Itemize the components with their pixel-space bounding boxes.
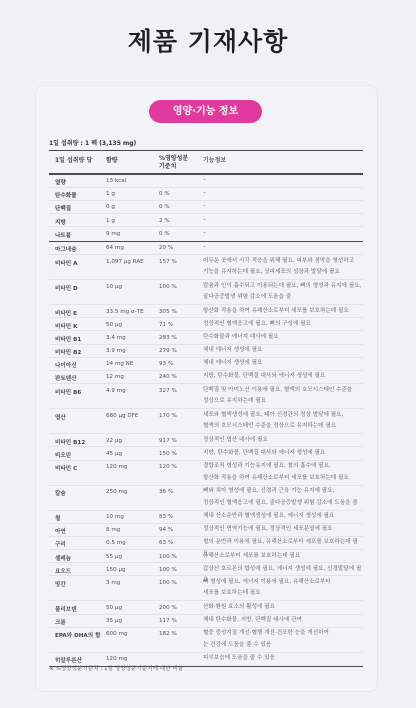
nutrient-amount: 10 μg [106, 284, 159, 290]
nutrient-daily-value: 200 % [159, 605, 203, 611]
nutrient-amount: 1 g [106, 191, 159, 197]
table-row: 비타민 B23.9 mg279 %체내 에너지 생성에 필요 [49, 345, 363, 358]
nutrient-function: 어두운 곳에서 시각 적응을 위해 필요, 피부와 점막을 형성하고기능을 유지… [203, 256, 363, 279]
nutrient-amount: 3.9 mg [106, 348, 159, 354]
nutrient-name: 셀레늄 [49, 554, 106, 562]
nutrient-amount: 33.5 mg α-TE [106, 309, 159, 315]
nutrient-function: 체내 산소운반과 혈액생성에 필요, 에너지 생성에 필요 [203, 511, 363, 523]
nutrient-amount: 13 kcal [106, 178, 159, 184]
nutrient-daily-value: 36 % [159, 489, 203, 495]
table-row: EPA와 DHA의 합600 mg182 %혈중 중성지질 개선·혈행 개선·건… [49, 628, 363, 653]
nutrient-daily-value: 93 % [159, 361, 203, 367]
nutrient-name: 망간 [49, 580, 106, 588]
nutrient-amount: 1,097 μg RAE [106, 259, 159, 265]
nutrient-amount: 50 μg [106, 605, 159, 611]
nutrient-name: 엽산 [49, 413, 106, 421]
table-row: 비타민 A1,097 μg RAE157 %어두운 곳에서 시각 적응을 위해 … [49, 255, 363, 280]
nutrient-amount: 50 μg [106, 322, 159, 328]
table-row: 크롬35 μg117 %체내 탄수화물, 지방, 단백질 대사에 관여 [49, 615, 363, 628]
nutrient-function: 정상적인 엽산 대사에 필요 [203, 435, 363, 447]
nutrient-daily-value: 182 % [159, 631, 203, 637]
table-row: 몰리브덴50 μg200 %산화·환원 효소의 활성에 필요 [49, 601, 363, 614]
nutrient-function: 체내 에너지 생성에 필요 [203, 358, 363, 370]
table-row: 판토텐산12 mg240 %지방, 탄수화물, 단백질 대사와 에너지 생성에 … [49, 371, 363, 384]
nutrient-daily-value: 917 % [159, 438, 203, 444]
nutrient-name: 지방 [49, 218, 106, 226]
nutrient-daily-value: 100 % [159, 554, 203, 560]
nutrient-function: 정상적인 혈액응고에 필요, 뼈의 구성에 필요 [203, 319, 363, 331]
table-row: 철10 mg83 %체내 산소운반과 혈액생성에 필요, 에너지 생성에 필요 [49, 511, 363, 524]
nutrient-daily-value: 283 % [159, 335, 203, 341]
nutrient-amount: 3 mg [106, 580, 159, 586]
nutrient-function: 단백질 및 아미노산 이용에 필요, 혈액의 호모시스테인 수준을정상으로 유지… [203, 385, 363, 408]
nutrient-amount: 55 μg [106, 554, 159, 560]
nutrient-amount: 250 mg [106, 489, 159, 495]
nutrient-name: 칼슘 [49, 489, 106, 497]
footnote: ※ %영양성분기준치 : 1일 영양성분기준치에 대한 비율 [49, 664, 183, 672]
nutrient-name: 나이아신 [49, 361, 106, 369]
nutrient-amount: 10 mg [106, 514, 159, 520]
table-row: 비타민 B1222 μg917 %정상적인 엽산 대사에 필요 [49, 434, 363, 447]
nutrient-function: 지방, 탄수화물, 단백질 대사와 에너지 생성에 필요 [203, 371, 363, 383]
nutrient-daily-value: 0 % [159, 191, 203, 197]
nutrient-function: – [203, 228, 363, 240]
nutrient-function: 항산화 작용을 하여 유해산소로부터 세포를 보호하는데 필요 [203, 306, 363, 318]
nutrient-function: 정상적인 면역기능에 필요, 정상적인 세포분열에 필요 [203, 524, 363, 536]
header-per-serving: 1일 섭취량 당 [49, 155, 106, 173]
nutrient-amount: 4.9 mg [106, 388, 159, 394]
nutrient-function: 혈중 중성지질 개선·혈행 개선·건조한 눈을 개선하여눈 건강에 도움을 줄 … [203, 628, 363, 651]
nutrient-name: 비타민 C [49, 464, 106, 472]
nutrient-name: 비타민 K [49, 322, 106, 330]
nutrient-name: EPA와 DHA의 합 [49, 631, 106, 639]
page-title: 제품 기재사항 [0, 22, 416, 58]
nutrient-name: 판토텐산 [49, 374, 106, 382]
nutrient-name: 아연 [49, 527, 106, 535]
nutrient-amount: 35 μg [106, 618, 159, 624]
nutrient-name: 마그네슘 [49, 245, 106, 253]
nutrient-name: 비타민 B12 [49, 438, 106, 446]
nutrient-amount: 22 μg [106, 438, 159, 444]
nutrient-daily-value: 170 % [159, 413, 203, 419]
nutrient-name: 몰리브덴 [49, 605, 106, 613]
nutrient-name: 비타민 D [49, 284, 106, 292]
table-row: 요오드150 μg100 %갑상선 호르몬의 합성에 필요, 에너지 생성에 필… [49, 563, 363, 576]
nutrient-daily-value: 71 % [159, 322, 203, 328]
nutrient-name: 열량 [49, 178, 106, 186]
table-row: 비오틴45 μg150 %지방, 탄수화물, 단백질 대사와 에너지 생성에 필… [49, 447, 363, 460]
table-row: 비타민 E33.5 mg α-TE305 %항산화 작용을 하여 유해산소로부터… [49, 305, 363, 318]
nutrient-function: – [203, 215, 363, 227]
nutrient-amount: 120 mg [106, 464, 159, 470]
nutrient-amount: 150 μg [106, 567, 159, 573]
nutrient-name: 비오틴 [49, 451, 106, 459]
nutrient-amount: 600 mg [106, 631, 159, 637]
nutrient-function: 산화·환원 효소의 활성에 필요 [203, 602, 363, 614]
nutrient-amount: 12 mg [106, 374, 159, 380]
nutrient-daily-value: 94 % [159, 527, 203, 533]
nutrient-amount: 3.4 mg [106, 335, 159, 341]
nutrient-function: 피부보습에 도움을 줄 수 있음 [203, 653, 363, 665]
nutrient-daily-value: 100 % [159, 567, 203, 573]
table-row: 비타민 D10 μg100 %칼슘과 인이 흡수되고 이용되는데 필요, 뼈의 … [49, 280, 363, 305]
nutrient-name: 철 [49, 514, 106, 522]
nutrient-function: – [203, 242, 363, 254]
section-badge: 영양·기능 정보 [149, 100, 262, 123]
nutrient-name: 비타민 A [49, 259, 106, 267]
nutrient-daily-value: 100 % [159, 580, 203, 586]
nutrient-amount: 64 mg [106, 245, 159, 251]
nutrient-amount: 14 mg NE [106, 361, 159, 367]
nutrient-name: 비타민 B2 [49, 348, 106, 356]
nutrient-amount: 120 mg [106, 656, 159, 662]
nutrient-daily-value: 240 % [159, 374, 203, 380]
table-row: 지방1 g2 %– [49, 214, 363, 227]
nutrient-name: 탄수화물 [49, 191, 106, 199]
nutrient-daily-value: 117 % [159, 618, 203, 624]
nutrient-daily-value: 279 % [159, 348, 203, 354]
table-group-macros: 열량13 kcal–탄수화물1 g0 %–단백질0 g0 %–지방1 g2 %–… [49, 175, 363, 241]
nutrient-name: 요오드 [49, 567, 106, 575]
header-function: 기능정보 [203, 155, 363, 173]
nutrient-amount: 1 g [106, 218, 159, 224]
nutrient-daily-value: 327 % [159, 388, 203, 394]
nutrient-daily-value: 120 % [159, 464, 203, 470]
table-row: 비타민 B64.9 mg327 %단백질 및 아미노산 이용에 필요, 혈액의 … [49, 384, 363, 409]
nutrient-daily-value: 83 % [159, 514, 203, 520]
table-row: 비타민 C120 mg120 %결합조직 형성과 기능유지에 필요, 철의 흡수… [49, 461, 363, 486]
nutrient-daily-value: 0 % [159, 231, 203, 237]
nutrient-function: 뼈 형성에 필요, 에너지 이용에 필요, 유해산소로부터세포를 보호하는데 필… [203, 577, 363, 600]
nutrient-function: 결합조직 형성과 기능유지에 필요, 철의 흡수에 필요,항산화 작용을 하여 … [203, 461, 363, 484]
table-row: 비타민 B13.4 mg283 %탄수화물과 에너지 대사에 필요 [49, 331, 363, 344]
nutrient-daily-value: 305 % [159, 309, 203, 315]
nutrient-name: 비타민 B1 [49, 335, 106, 343]
nutrient-daily-value: 150 % [159, 451, 203, 457]
nutrient-amount: 680 μg DFE [106, 413, 159, 419]
table-row: 칼슘250 mg36 %뼈와 치아 형성에 필요, 신경과 근육 기능 유지에 … [49, 486, 363, 511]
table-row: 단백질0 g0 %– [49, 201, 363, 214]
nutrient-daily-value: 100 % [159, 284, 203, 290]
nutrient-name: 비타민 B6 [49, 388, 106, 396]
table-row: 셀레늄55 μg100 %유해산소로부터 세포를 보호하는데 필요 [49, 550, 363, 563]
nutrient-amount: 45 μg [106, 451, 159, 457]
nutrient-daily-value: 2 % [159, 218, 203, 224]
nutrient-function: – [203, 201, 363, 213]
header-amount: 함량 [106, 155, 159, 173]
nutrient-function: 지방, 탄수화물, 단백질 대사와 에너지 생성에 필요 [203, 448, 363, 460]
table-row: 탄수화물1 g0 %– [49, 188, 363, 201]
nutrient-function: – [203, 188, 363, 200]
nutrition-table: 1일 섭취량 당 함량 %영양성분 기준치 기능정보 열량13 kcal–탄수화… [49, 150, 363, 667]
nutrient-name: 비타민 E [49, 309, 106, 317]
nutrient-function: 탄수화물과 에너지 대사에 필요 [203, 332, 363, 344]
table-row: 망간3 mg100 %뼈 형성에 필요, 에너지 이용에 필요, 유해산소로부터… [49, 576, 363, 601]
nutrient-amount: 0 g [106, 204, 159, 210]
table-row: 구리0.5 mg63 %철의 운반과 이용에 필요, 유해산소로부터 세포를 보… [49, 537, 363, 550]
table-header: 1일 섭취량 당 함량 %영양성분 기준치 기능정보 [49, 151, 363, 173]
nutrient-daily-value: 0 % [159, 204, 203, 210]
nutrient-function: – [203, 175, 363, 187]
nutrient-function: 체내 에너지 생성에 필요 [203, 345, 363, 357]
nutrient-function: 유해산소로부터 세포를 보호하는데 필요 [203, 551, 363, 563]
header-daily-value: %영양성분 기준치 [159, 155, 203, 173]
nutrient-daily-value: 63 % [159, 540, 203, 546]
table-row: 마그네슘64 mg20 %– [49, 242, 363, 255]
nutrient-name: 구리 [49, 540, 106, 548]
nutrient-name: 크롬 [49, 618, 106, 626]
serving-size: 1일 섭취량 : 1 팩 (3,135 mg) [49, 138, 136, 147]
nutrient-amount: 8 mg [106, 527, 159, 533]
nutrient-daily-value: 157 % [159, 259, 203, 265]
nutrient-amount: 0.5 mg [106, 540, 159, 546]
nutrient-amount: 9 mg [106, 231, 159, 237]
table-row: 비타민 K50 μg71 %정상적인 혈액응고에 필요, 뼈의 구성에 필요 [49, 318, 363, 331]
nutrient-function: 체내 탄수화물, 지방, 단백질 대사에 관여 [203, 615, 363, 627]
nutrient-function: 세포와 혈액생성에 필요, 태아 신경관의 정상 발달에 필요,혈액의 호모시스… [203, 410, 363, 433]
table-row: 엽산680 μg DFE170 %세포와 혈액생성에 필요, 태아 신경관의 정… [49, 409, 363, 434]
table-group-micros: 마그네슘64 mg20 %–비타민 A1,097 μg RAE157 %어두운 … [49, 242, 363, 666]
table-row: 열량13 kcal– [49, 175, 363, 188]
nutrient-function: 뼈와 치아 형성에 필요, 신경과 근육 기능 유지에 필요,정상적인 혈액응고… [203, 486, 363, 509]
nutrient-name: 단백질 [49, 204, 106, 212]
table-row: 나이아신14 mg NE93 %체내 에너지 생성에 필요 [49, 358, 363, 371]
table-row: 나트륨9 mg0 %– [49, 227, 363, 240]
table-row: 아연8 mg94 %정상적인 면역기능에 필요, 정상적인 세포분열에 필요 [49, 524, 363, 537]
nutrient-daily-value: 20 % [159, 245, 203, 251]
nutrient-name: 나트륨 [49, 231, 106, 239]
nutrient-function: 칼슘과 인이 흡수되고 이용되는데 필요, 뼈의 형성과 유지에 필요,골다공증… [203, 281, 363, 304]
